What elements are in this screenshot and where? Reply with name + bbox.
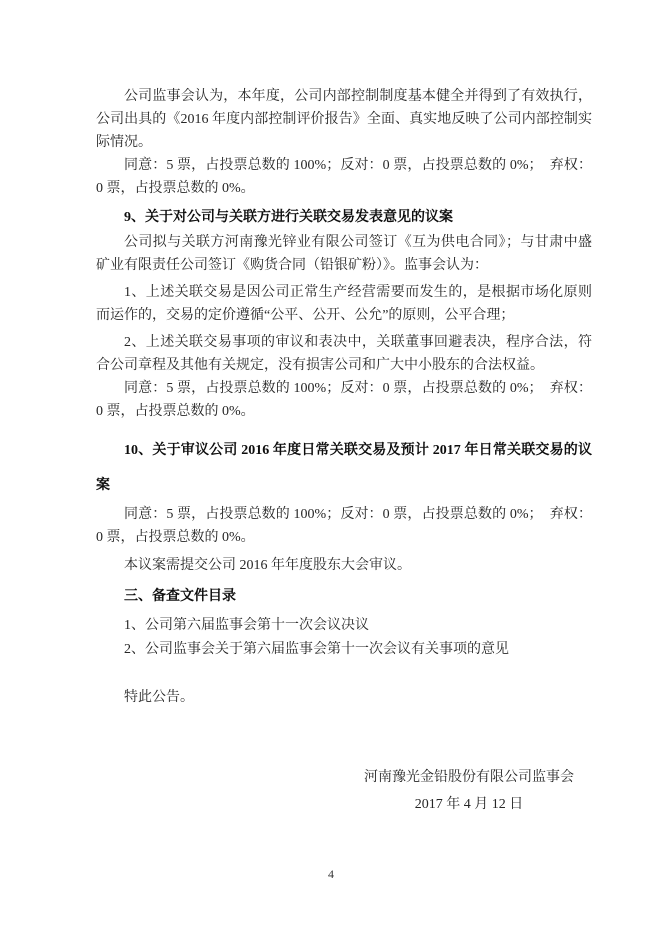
page-number: 4	[0, 866, 662, 882]
heading-section3-reference-documents: 三、备查文件目录	[96, 585, 592, 608]
heading-item-9: 9、关于对公司与关联方进行关联交易发表意见的议案	[96, 206, 592, 229]
signature-block: 河南豫光金铅股份有限公司监事会 2017 年 4 月 12 日	[364, 764, 574, 818]
signature-date: 2017 年 4 月 12 日	[364, 791, 574, 818]
document-body: 公司监事会认为，本年度，公司内部控制制度基本健全并得到了有效执行，公司出具的《2…	[96, 85, 592, 818]
paragraph-item9-intro: 公司拟与关联方河南豫光锌业有限公司签订《互为供电合同》；与甘肃中盛矿业有限责任公…	[96, 231, 592, 277]
document-page: 公司监事会认为，本年度，公司内部控制制度基本健全并得到了有效执行，公司出具的《2…	[0, 0, 662, 936]
reference-document-item-2: 2、公司监事会关于第六届监事会第十一次会议有关事项的意见	[96, 638, 592, 661]
vote-result-line-item8: 同意：5 票，占投票总数的 100%；反对：0 票，占投票总数的 0%； 弃权：…	[96, 154, 592, 200]
vote-result-line-item10: 同意：5 票，占投票总数的 100%；反对：0 票，占投票总数的 0%； 弃权：…	[96, 503, 592, 549]
vote-result-line-item9: 同意：5 票，占投票总数的 100%；反对：0 票，占投票总数的 0%； 弃权：…	[96, 377, 592, 423]
heading-item-10: 10、关于审议公司 2016 年度日常关联交易及预计 2017 年日常关联交易的…	[96, 433, 592, 503]
paragraph-item9-point2: 2、上述关联交易事项的审议和表决中，关联董事回避表决，程序合法，符合公司章程及其…	[96, 331, 592, 377]
paragraph-internal-control-opinion: 公司监事会认为，本年度，公司内部控制制度基本健全并得到了有效执行，公司出具的《2…	[96, 85, 592, 154]
paragraph-announcement-closing: 特此公告。	[96, 686, 592, 709]
reference-document-item-1: 1、公司第六届监事会第十一次会议决议	[96, 614, 592, 637]
paragraph-submit-to-shareholders: 本议案需提交公司 2016 年年度股东大会审议。	[96, 554, 592, 577]
signature-company-name: 河南豫光金铅股份有限公司监事会	[364, 764, 574, 791]
paragraph-item9-point1: 1、上述关联交易是因公司正常生产经营需要而发生的，是根据市场化原则而运作的，交易…	[96, 281, 592, 327]
